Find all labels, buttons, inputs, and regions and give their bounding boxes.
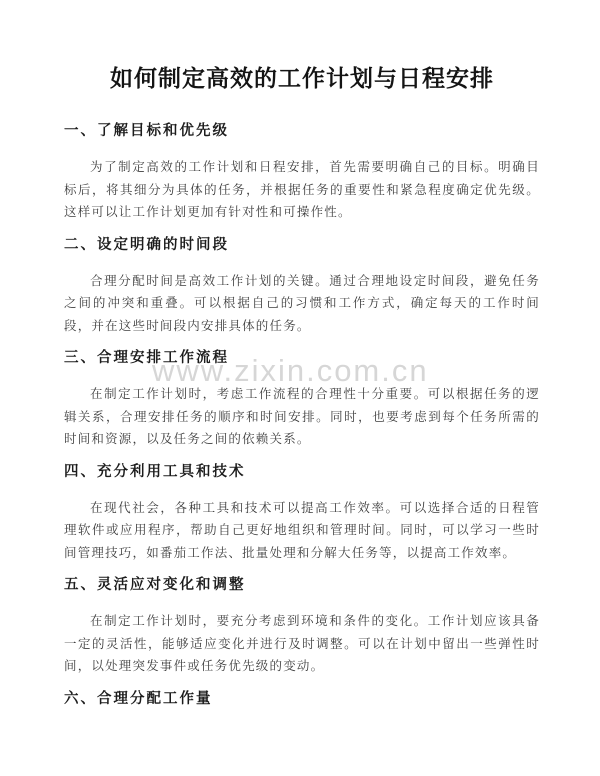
section-paragraph: 在制定工作计划时，考虑工作流程的合理性十分重要。可以根据任务的逻辑关系，合理安排… — [64, 383, 540, 451]
section-paragraph: 在制定工作计划时，要充分考虑到环境和条件的变化。工作计划应该具备一定的灵活性，能… — [64, 610, 540, 678]
section: 四、充分利用工具和技术 在现代社会，各种工具和技术可以提高工作效率。可以选择合适… — [64, 463, 540, 565]
section: 三、合理安排工作流程 在制定工作计划时，考虑工作流程的合理性十分重要。可以根据任… — [64, 349, 540, 451]
section-heading: 二、设定明确的时间段 — [64, 236, 540, 254]
section-heading: 三、合理安排工作流程 — [64, 349, 540, 367]
document-content: 如何制定高效的工作计划与日程安排 一、了解目标和优先级 为了制定高效的工作计划和… — [0, 0, 600, 708]
section-heading: 四、充分利用工具和技术 — [64, 463, 540, 481]
section: 六、合理分配工作量 — [64, 690, 540, 708]
section-heading: 六、合理分配工作量 — [64, 690, 540, 708]
section: 一、了解目标和优先级 为了制定高效的工作计划和日程安排，首先需要明确自己的目标。… — [64, 122, 540, 224]
section: 五、灵活应对变化和调整 在制定工作计划时，要充分考虑到环境和条件的变化。工作计划… — [64, 576, 540, 678]
section-paragraph: 为了制定高效的工作计划和日程安排，首先需要明确自己的目标。明确目标后，将其细分为… — [64, 156, 540, 224]
section-paragraph: 合理分配时间是高效工作计划的关键。通过合理地设定时间段，避免任务之间的冲突和重叠… — [64, 270, 540, 338]
section-heading: 五、灵活应对变化和调整 — [64, 576, 540, 594]
section: 二、设定明确的时间段 合理分配时间是高效工作计划的关键。通过合理地设定时间段，避… — [64, 236, 540, 338]
section-paragraph: 在现代社会，各种工具和技术可以提高工作效率。可以选择合适的日程管理软件或应用程序… — [64, 497, 540, 565]
section-heading: 一、了解目标和优先级 — [64, 122, 540, 140]
document-title: 如何制定高效的工作计划与日程安排 — [64, 62, 540, 94]
document-page: www.zixin.com.cn 如何制定高效的工作计划与日程安排 一、了解目标… — [0, 0, 600, 776]
